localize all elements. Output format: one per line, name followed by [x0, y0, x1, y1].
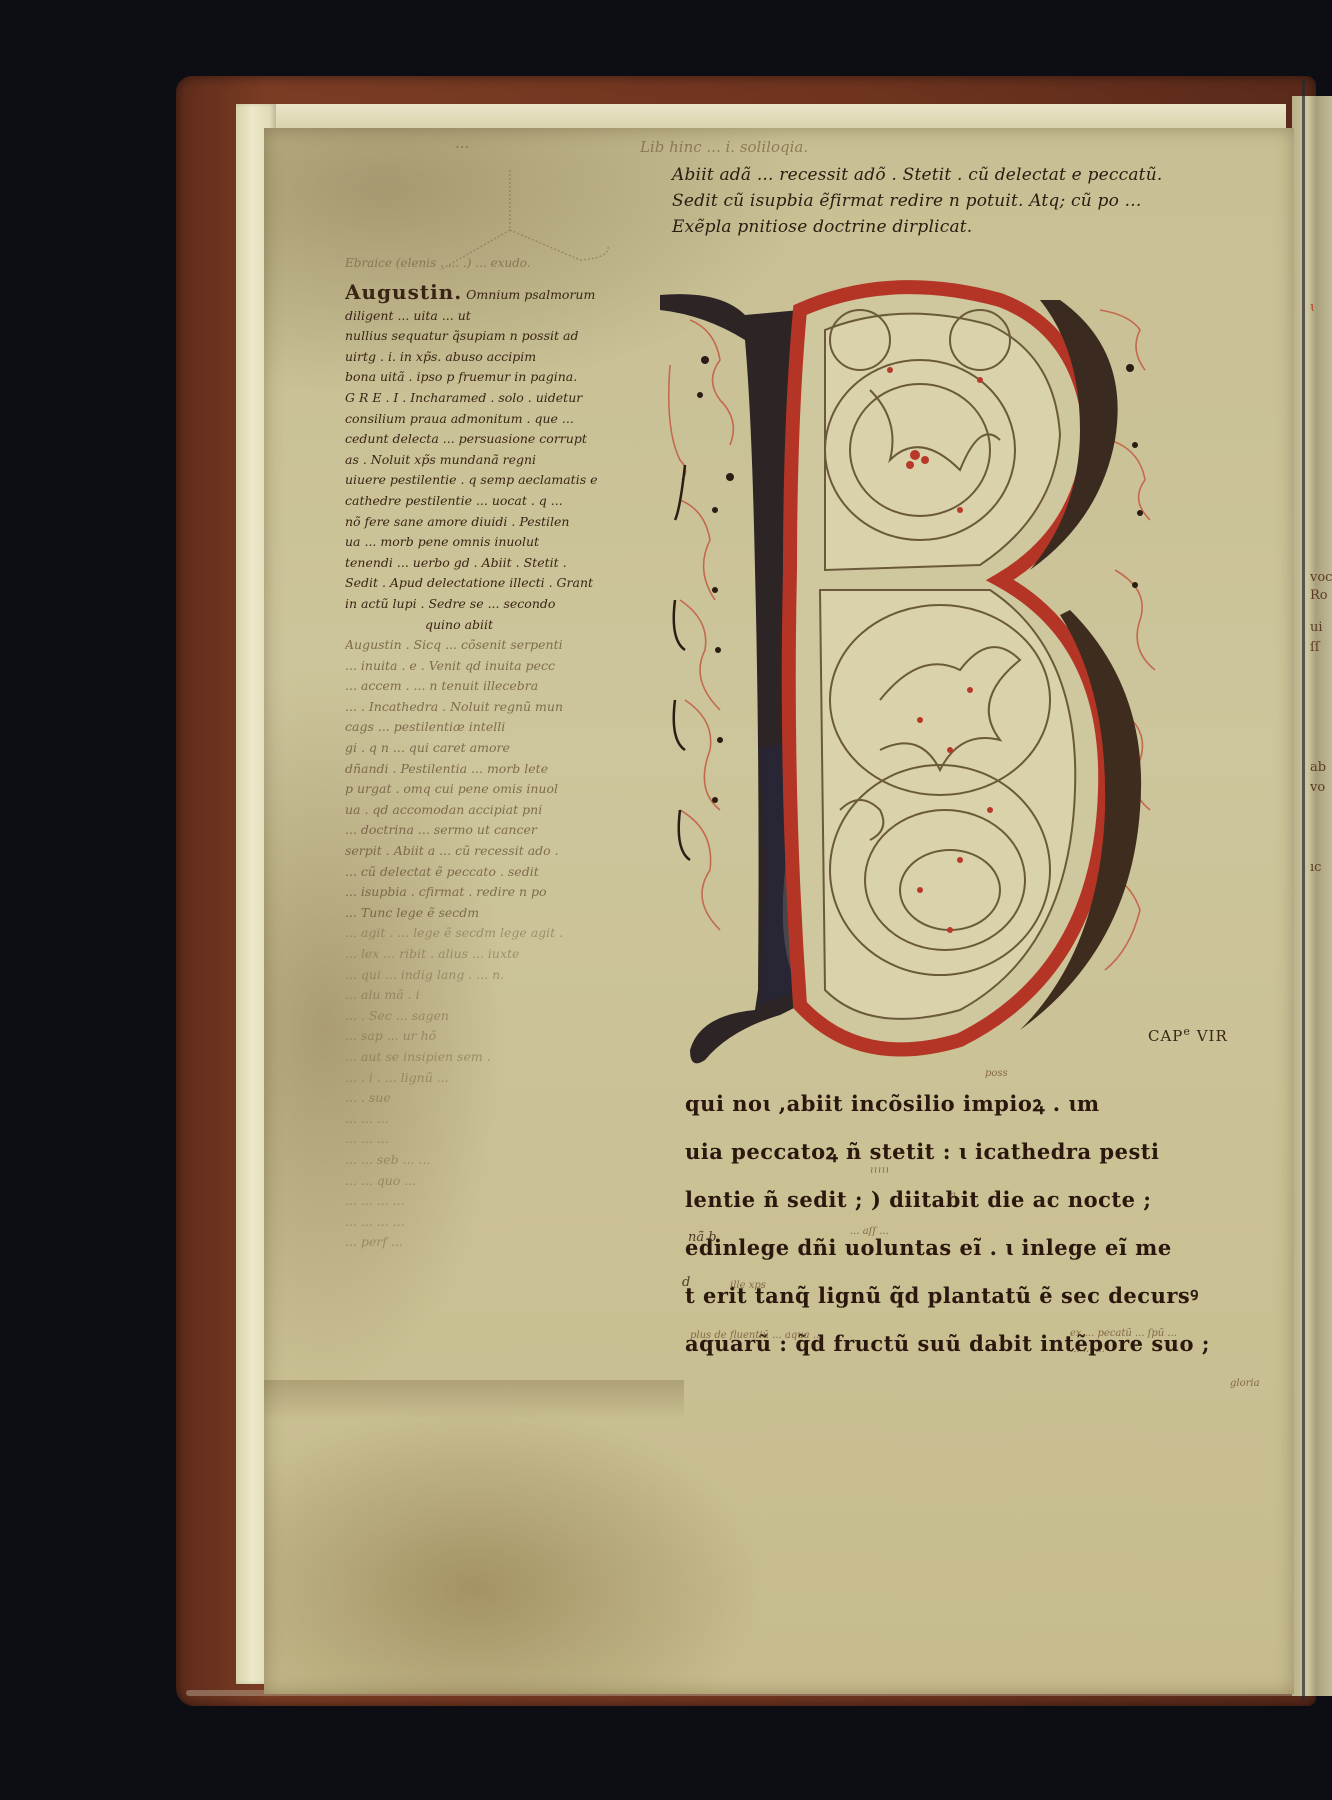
interlinear-gloss: plus de fluentiũ ... aqua ... — [690, 1330, 822, 1341]
gloss-lead-word: Augustin. — [345, 282, 462, 304]
gloss-line: ... ... quo ... — [345, 1171, 667, 1192]
flyleaf-top-edge — [236, 104, 1286, 130]
gloss-line: as . Noluit xp̃s mundanã regni — [345, 450, 667, 471]
gutter-fold-line — [1302, 80, 1305, 1700]
gloss-line: ... agit . ... lege ẽ secdm lege agit . — [345, 923, 667, 944]
adjacent-page-fragment: ab — [1310, 760, 1332, 776]
adjacent-page-fragment: voc — [1310, 570, 1332, 586]
top-running-note-right: Lib hinc ... i. soliloqia. — [640, 138, 808, 156]
gloss-line: gi . q n ... qui caret amore — [345, 738, 667, 759]
gloss-line: ... ... ... ... — [345, 1191, 667, 1212]
gloss-line: ua . qd accomodan accipiat pni — [345, 800, 667, 821]
interlinear-gloss: ex ... pecatũ ... ſpũ ... — [1070, 1328, 1177, 1339]
gloss-line: cags ... pestilentiæ intelli — [345, 717, 667, 738]
interlinear-gloss: d — [682, 1275, 690, 1290]
interlinear-gloss: nã b — [688, 1230, 717, 1245]
gloss-line: ... perf ... — [345, 1232, 667, 1253]
gloss-line: uiuere pestilentie . q semp aeclamatis e — [345, 470, 667, 491]
gloss-line-lead: Augustin. Omnium psalmorum — [345, 282, 667, 306]
interlinear-gloss: ... aſſ ... — [850, 1226, 889, 1237]
adjacent-page-fragment: ui — [1310, 620, 1332, 636]
main-top-line: Abiit adã ... recessit adõ . Stetit . cũ… — [672, 162, 1162, 188]
gloss-line: ... . i . ... lignũ ... — [345, 1068, 667, 1089]
gloss-line: uirtg . i. in xp̃s. abuso accipim — [345, 347, 667, 368]
adjacent-page-fragment: ıc — [1310, 860, 1332, 876]
gloss-line: Augustin . Sicq ... cõsenit serpenti — [345, 635, 667, 656]
gloss-line: ... . sue — [345, 1088, 667, 1109]
gloss-line: in actũ lupi . Sedre se ... secondo — [345, 594, 667, 615]
gloss-line: ... ... ... ... — [345, 1212, 667, 1233]
gloss-line: ... . Sec ... sagen — [345, 1006, 667, 1027]
gloss-line: diligent ... uita ... ut — [345, 306, 667, 327]
gloss-heading-hebrew: Ebraice (elenis . ... .) ... exudo. — [345, 256, 531, 270]
top-running-note-left: ... — [455, 134, 469, 152]
interlinear-gloss: a — [950, 1190, 956, 1201]
gloss-line-centered: quino abiit — [345, 615, 667, 636]
psalm-line: qui noɩ ,abiit incõsilio impioꝝ . ɩm — [685, 1080, 1245, 1128]
gloss-line: nullius sequatur q̃supiam n possit ad — [345, 326, 667, 347]
chapter-superscript: e — [1183, 1025, 1191, 1038]
gloss-line: cathedre pestilentie ... uocat . q ... — [345, 491, 667, 512]
chapter-marker: CAPe VIR — [1148, 1025, 1228, 1045]
water-stain — [264, 1380, 684, 1420]
interlinear-gloss: poss — [985, 1068, 1008, 1079]
psalm-text-block: qui noɩ ,abiit incõsilio impioꝝ . ɩm uia… — [685, 1080, 1245, 1368]
gloss-line: ... ... ... — [345, 1129, 667, 1150]
gloss-line: bona uitã . ipso p fruemur in pagina. — [345, 367, 667, 388]
gloss-line: serpit . Abiit a ... cũ recessit ado . — [345, 841, 667, 862]
psalm-line: uia peccatoꝝ ñ stetit : ɩ icathedra pest… — [685, 1128, 1245, 1176]
gloss-line: ... doctrina ... sermo ut cancer — [345, 820, 667, 841]
gloss-line: ... Tunc lege ẽ secdm — [345, 903, 667, 924]
gloss-line: ... inuita . e . Venit qd inuita pecc — [345, 656, 667, 677]
gloss-line: nõ fere sane amore diuidi . Pestilen — [345, 512, 667, 533]
main-top-line: Sedit cũ isupbia ẽfirmat redire n potuit… — [672, 188, 1162, 214]
adjacent-page-fragment: Ro — [1310, 588, 1332, 604]
decorated-initial-b-icon — [660, 270, 1160, 1070]
gloss-line: ... . Incathedra . Noluit regnũ mun — [345, 697, 667, 718]
gloss-column: Augustin. Omnium psalmorum diligent ... … — [345, 282, 667, 1253]
psalm-line: t erit tanq̃ lignũ q̃d plantatũ ẽ sec de… — [685, 1272, 1245, 1320]
main-top-line: Exẽpla pnitiose doctrine dirplicat. — [672, 214, 1162, 240]
gloss-line: G R E . I . Incharamed . solo . uidetur — [345, 388, 667, 409]
adjacent-page-fragment: vo — [1310, 780, 1332, 796]
interlinear-gloss: ille xps — [730, 1280, 766, 1291]
gloss-line: ... sap ... ur hõ — [345, 1026, 667, 1047]
gloss-line: ... aut se insipien sem . — [345, 1047, 667, 1068]
gloss-line: ... alu mã . i — [345, 985, 667, 1006]
gloss-line: ... isupbia . cfirmat . redire n po — [345, 882, 667, 903]
gloss-line: Sedit . Apud delectatione illecti . Gran… — [345, 573, 667, 594]
gloss-line: tenendi ... uerbo gd . Abiit . Stetit . — [345, 553, 667, 574]
interlinear-gloss: ɩɩɩɩɩ — [870, 1165, 890, 1176]
gloss-line: ... cũ delectat ẽ peccato . sedit — [345, 862, 667, 883]
gloss-line: consilium praua admonitum . que ... — [345, 409, 667, 430]
psalm-line: lentie ñ sedit ; ) diitabit die ac nocte… — [685, 1176, 1245, 1224]
gloss-line: ... ... seb ... ... — [345, 1150, 667, 1171]
psalm-line: edinlege dñi uoluntas eı̃ . ɩ inlege eı̃… — [685, 1224, 1245, 1272]
gloss-line: ... lex ... ribit . alius ... iuxte — [345, 944, 667, 965]
interlinear-gloss: ... ... ... — [1070, 1344, 1105, 1355]
bracket-diagram-icon — [380, 160, 660, 270]
gloss-line: ua ... morb pene omnis inuolut — [345, 532, 667, 553]
adjacent-page-rubric: ɩ — [1310, 300, 1332, 316]
gloss-line: ... qui ... indig lang . ... n. — [345, 965, 667, 986]
gloss-line: ... ... ... — [345, 1109, 667, 1130]
gutter-adjacent-page — [1292, 96, 1332, 1696]
gloss-line: ... accem . ... n tenuit illecebra — [345, 676, 667, 697]
main-top-passage: Abiit adã ... recessit adõ . Stetit . cũ… — [672, 162, 1162, 240]
gloss-line: p urgat . omq cui pene omis inuol — [345, 779, 667, 800]
interlinear-gloss: gloria — [1230, 1378, 1260, 1389]
chapter-label: CAP — [1148, 1027, 1183, 1045]
chapter-value: VIR — [1197, 1027, 1228, 1045]
gloss-line: dñandi . Pestilentia ... morb lete — [345, 759, 667, 780]
adjacent-page-fragment: ſſ — [1310, 640, 1332, 656]
gloss-line: cedunt delecta ... persuasione corrupt — [345, 429, 667, 450]
